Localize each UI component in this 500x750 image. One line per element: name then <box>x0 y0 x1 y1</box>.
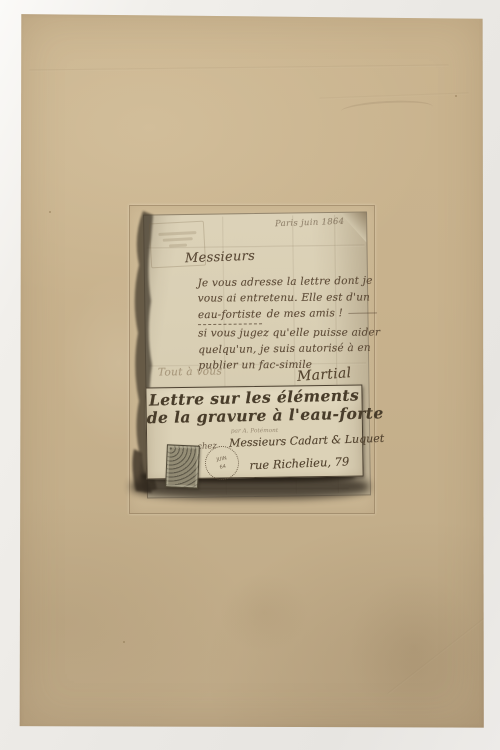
paper-stain <box>219 573 309 653</box>
photo-background: Paris juin 1864 Messieurs Je vous adress… <box>0 0 500 750</box>
letter-body: Je vous adresse la lettre dont je vous a… <box>197 273 368 374</box>
etching-plate: Paris juin 1864 Messieurs Je vous adress… <box>129 205 375 514</box>
paper-crease <box>319 92 469 99</box>
envelope-title-line2: de la gravure à l'eau-forte <box>147 404 362 427</box>
postage-stamp <box>165 444 200 488</box>
letter-body-line: si vous jugez qu'elle puisse aider <box>198 324 368 341</box>
letter-closing: Tout à vous <box>158 365 222 378</box>
postmark-month: JUIN <box>216 456 227 463</box>
paper-speck <box>49 211 51 213</box>
envelope-address-street: rue Richelieu, 79 <box>249 454 349 472</box>
envelope-address-name: Messieurs Cadart & Luquet <box>229 432 384 450</box>
underlined-word: eau-fortiste <box>198 307 262 326</box>
paper-speck <box>455 95 457 97</box>
paper-crease <box>29 64 449 71</box>
handwritten-dash: ——— <box>348 305 377 324</box>
letter-body-line: quelqu'un, je suis autorisé à en <box>198 340 368 359</box>
paper-sheet: Paris juin 1864 Messieurs Je vous adress… <box>19 13 484 729</box>
paper-speck <box>123 641 125 643</box>
letter-body-text: de mes amis ! <box>267 306 344 325</box>
paper-crease <box>387 613 491 695</box>
postmark-year: 64 <box>219 464 226 470</box>
letter-salutation: Messieurs <box>185 249 256 266</box>
paper-stain <box>349 573 479 723</box>
letter-body-line: eau-fortiste de mes amis ! ——— <box>198 305 368 326</box>
pencil-smudge <box>341 99 434 120</box>
